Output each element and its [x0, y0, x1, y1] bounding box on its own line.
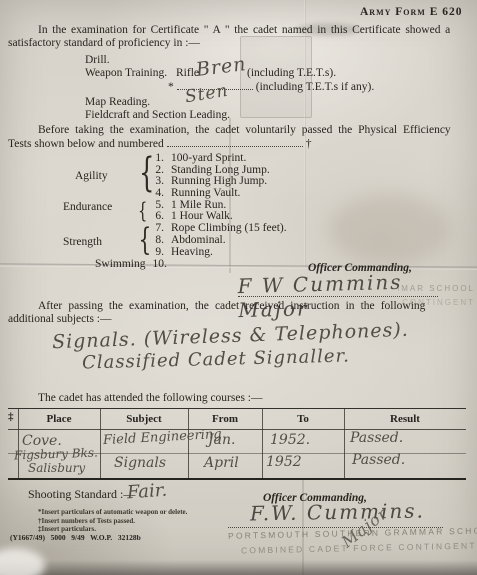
test-num: 1. — [148, 153, 164, 165]
brace-endurance: { — [138, 199, 147, 223]
table-vline — [262, 409, 263, 478]
pet-line-2-text: Tests shown below and numbered — [8, 138, 164, 150]
intro-line-1: In the examination for Certificate " A "… — [8, 24, 468, 37]
form-reference: Army Form E 620 — [360, 6, 463, 18]
swimming-row: Swimming10. — [95, 258, 167, 270]
group-label-agility: Agility — [75, 170, 108, 182]
tests-list: 1.100-yard Sprint. 2.Standing Long Jump.… — [148, 153, 287, 258]
col-header-to: To — [297, 413, 309, 425]
handwritten-weapon-bren: Bren — [195, 53, 248, 81]
page-bottom-shadow — [0, 560, 477, 575]
school-stamp-line2: COMBINED CADET FORCE CONTINGENT — [241, 541, 477, 556]
dagger-mark: † — [306, 138, 312, 150]
col-header-subject: Subject — [126, 413, 161, 425]
cell-to-2: 1952 — [266, 454, 302, 470]
cell-place-2-line1: Figsbury Bks. — [14, 446, 98, 463]
table-vline — [344, 409, 345, 478]
printer-imprint: (Y1667/49) 5000 9/49 W.O.P. 32128b — [10, 533, 141, 542]
cell-from-1: Jan. — [208, 432, 235, 448]
stain — [330, 195, 450, 265]
swimming-label: Swimming — [95, 258, 145, 270]
test-item: 8.Abdominal. — [148, 235, 287, 247]
table-vline — [100, 409, 101, 478]
test-num: 8. — [148, 235, 164, 247]
cell-result-2: Passed. — [352, 452, 405, 468]
shooting-standard-value: Fair. — [126, 480, 167, 504]
shooting-standard-label: Shooting Standard :— — [28, 487, 135, 502]
test-item: 4.Running Vault. — [148, 188, 287, 200]
stain — [0, 548, 45, 575]
cell-subject-1: Field Engineering — [103, 427, 222, 448]
cell-from-2: April — [204, 455, 239, 471]
cell-place-2-line2: Salisbury — [28, 461, 85, 475]
tet-note-primary: (including T.E.T.s). — [247, 67, 336, 79]
test-name: Heaving. — [171, 247, 213, 259]
cell-to-1: 1952. — [270, 432, 310, 448]
asterisk: * — [168, 81, 174, 93]
swimming-num: 10. — [152, 258, 166, 270]
subject-weapon-training: Weapon Training. — [85, 67, 167, 79]
table-vline — [18, 409, 19, 478]
group-label-endurance: Endurance — [63, 201, 112, 213]
test-num: 9. — [148, 247, 164, 259]
group-label-strength: Strength — [63, 236, 102, 248]
after-line-1: After passing the examination, the cadet… — [8, 300, 468, 313]
cell-subject-2: Signals — [114, 455, 166, 471]
pet-line-2: Tests shown below and numbered† — [8, 137, 468, 151]
test-item: 1.100-yard Sprint. — [148, 153, 287, 165]
test-name: 100-yard Sprint. — [171, 153, 246, 165]
test-item: 9.Heaving. — [148, 247, 287, 259]
scanned-army-form: Army Form E 620 In the examination for C… — [0, 0, 477, 575]
cell-result-1: Passed. — [350, 430, 403, 446]
courses-intro: The cadet has attended the following cou… — [8, 392, 468, 405]
col-header-from: From — [212, 413, 238, 425]
test-name: Abdominal. — [171, 235, 226, 247]
courses-table: Place Subject From To Result Cove. Field… — [8, 408, 466, 480]
dotted-leader — [167, 137, 303, 147]
tet-note-secondary: (including T.E.T.s if any). — [256, 81, 375, 93]
footnote-1: *Insert particulars of automatic weapon … — [38, 508, 187, 517]
subject-fieldcraft: Fieldcraft and Section Leading. — [85, 109, 230, 121]
subject-drill: Drill. — [85, 54, 110, 66]
signature-bottom: F.W. Cummins. — [250, 498, 425, 525]
stamp-fragment-line1: PORTSMOUTH SOUTHERN GRAMMAR SCHOOL — [398, 284, 475, 293]
pet-line-1: Before taking the examination, the cadet… — [8, 124, 468, 137]
intro-line-2: satisfactory standard of proficiency in … — [8, 37, 468, 50]
test-name: Running Vault. — [171, 188, 240, 200]
col-header-place: Place — [46, 413, 71, 425]
test-num: 4. — [148, 188, 164, 200]
footnote-2: †Insert numbers of Tests passed. — [38, 517, 135, 526]
col-header-result: Result — [390, 413, 420, 425]
subject-map-reading: Map Reading. — [85, 96, 150, 108]
